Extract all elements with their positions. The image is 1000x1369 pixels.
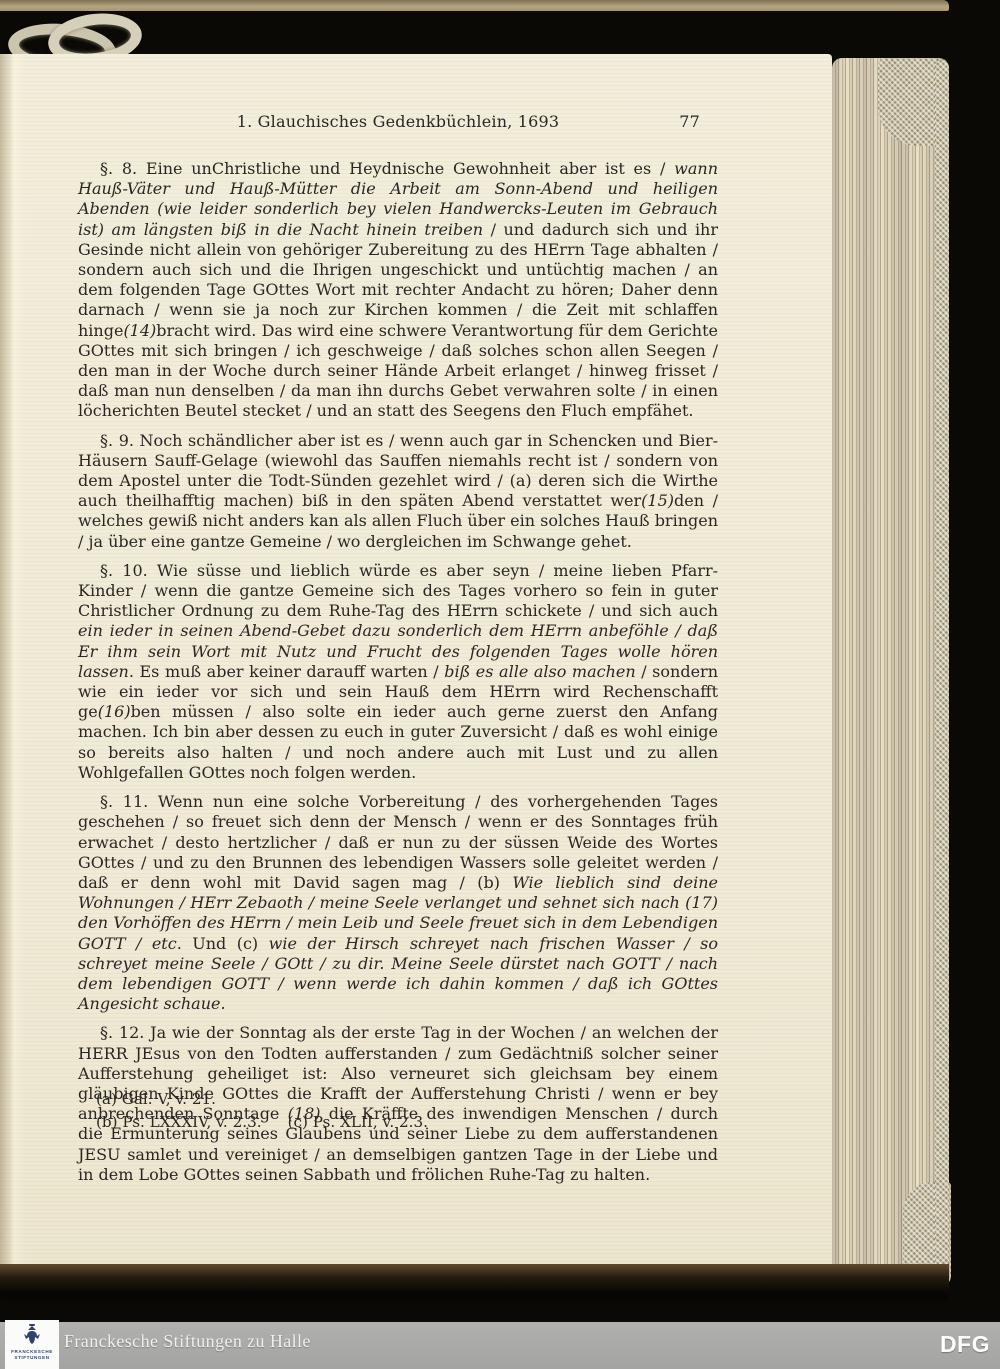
paragraph-section-9: §. 9. Noch schändlicher aber ist es / we… [78, 431, 718, 552]
book-bottom-shadow [0, 1264, 949, 1304]
footnote-c: (c) Ps. XLII, v. 2.3. [288, 1113, 428, 1131]
body-text: §. 8. Eine unChristliche und Heydnische … [78, 159, 718, 1185]
logo-caption: FRANCKESCHE STIFTUNGEN [11, 1349, 53, 1360]
page-title: 1. Glauchisches Gedenkbüchlein, 1693 [78, 112, 718, 131]
paragraph-section-11: §. 11. Wenn nun eine solche Vorbereitung… [78, 792, 718, 1014]
running-head: 1. Glauchisches Gedenkbüchlein, 1693 77 [78, 112, 718, 138]
logo-caption-line2: STIFTUNGEN [11, 1355, 53, 1361]
paragraph-section-8: §. 8. Eine unChristliche und Heydnische … [78, 159, 718, 422]
franckesche-stiftungen-logo: FRANCKESCHE STIFTUNGEN [5, 1320, 59, 1369]
dfg-logo: DFG [940, 1331, 990, 1358]
footnote-b: (b) Ps. LXXXIV, v. 2.3. [96, 1113, 262, 1131]
page-number: 77 [679, 112, 700, 131]
cloth-binding-edge [935, 60, 949, 1276]
logo-caption-line1: FRANCKESCHE [11, 1349, 53, 1355]
footnotes: (a) Gal. V, v. 21. (b) Ps. LXXXIV, v. 2.… [96, 1088, 428, 1133]
franckesche-emblem-icon [20, 1323, 44, 1347]
page-text-block: 1. Glauchisches Gedenkbüchlein, 1693 77 … [78, 112, 718, 1185]
page-stack-fore-edge [832, 58, 935, 1272]
book-top-edge [0, 0, 949, 11]
footnote-b-c: (b) Ps. LXXXIV, v. 2.3.(c) Ps. XLII, v. … [96, 1111, 428, 1134]
footnote-a: (a) Gal. V, v. 21. [96, 1088, 428, 1111]
paragraph-section-10: §. 10. Wie süsse und lieblich würde es a… [78, 561, 718, 783]
library-name: Franckesche Stiftungen zu Halle [64, 1331, 311, 1352]
